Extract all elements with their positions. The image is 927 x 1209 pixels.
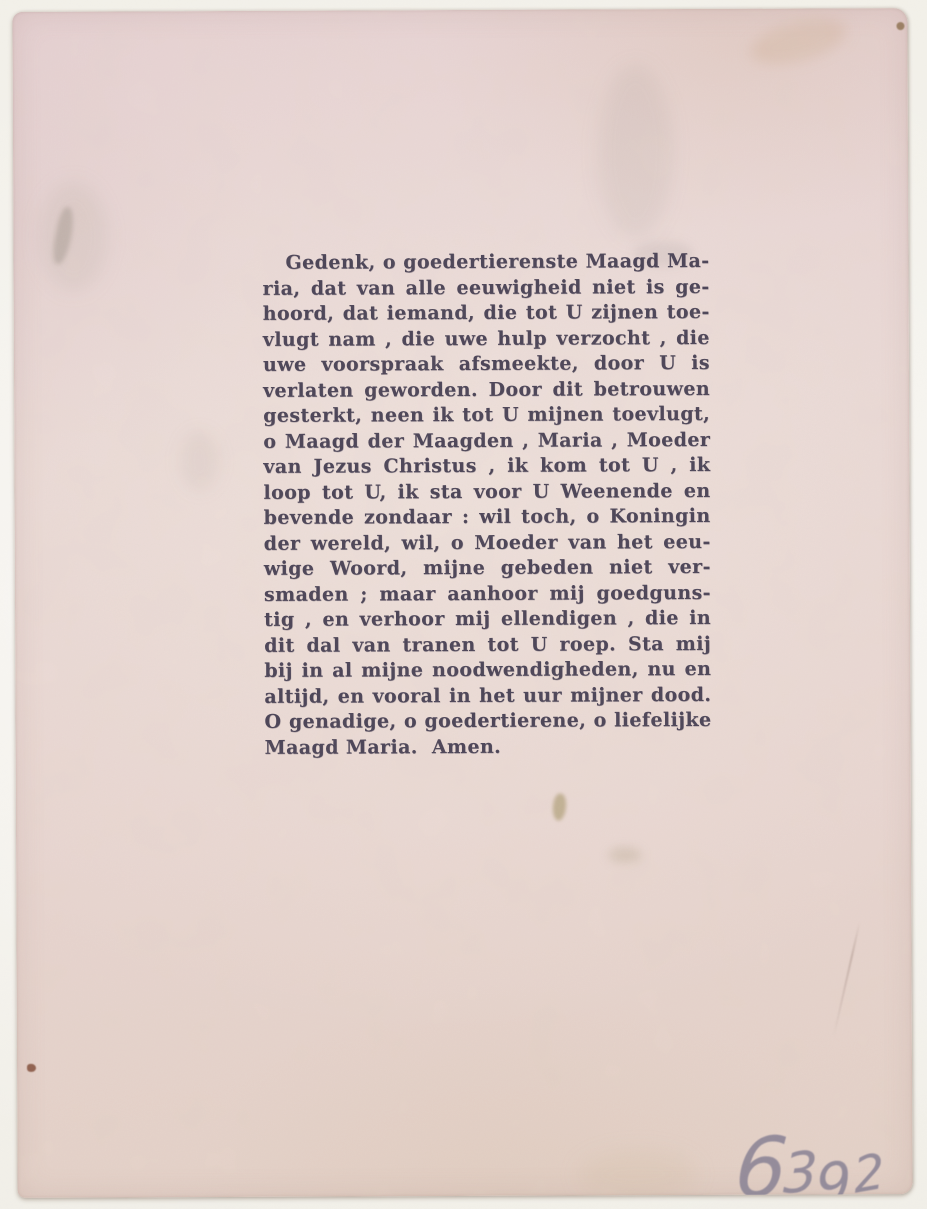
prayer-line: wige Woord, mijne gebeden niet ver- <box>264 555 711 582</box>
scratch-top-left <box>50 206 77 266</box>
stain-mid-left <box>179 431 219 491</box>
prayer-line: Gedenk, o goedertierenste Maagd Ma- <box>262 249 709 276</box>
stain-bottom-center <box>577 1149 697 1198</box>
crease-bottom-right <box>833 922 861 1038</box>
prayer-line: van Jezus Christus , ik kom tot U , ik <box>263 453 710 480</box>
prayer-line: der wereld, wil, o Moeder van het eeu- <box>264 529 711 556</box>
prayer-line: ria, dat van alle eeuwigheid niet is ge- <box>263 274 710 301</box>
stain-below-text-faint <box>608 847 642 863</box>
inventory-digit: 6 <box>733 1136 790 1198</box>
prayer-line: bevende zondaar : wil toch, o Koningin <box>264 504 711 531</box>
prayer-line: tig , en verhoor mij ellendigen , die in <box>264 606 711 633</box>
prayer-line: vlugt nam , die uwe hulp verzocht , die <box>263 325 710 352</box>
stain-dot-top-right <box>896 22 904 30</box>
prayer-line: altijd, en vooral in het uur mijner dood… <box>264 682 711 709</box>
prayer-line: uwe voorspraak afsmeekte, door U is <box>263 351 710 378</box>
prayer-line: verlaten geworden. Door dit betrouwen <box>263 376 710 403</box>
stain-top-left-halo <box>38 182 108 292</box>
prayer-line: smaden ; maar aanhoor mij goedguns- <box>264 580 711 607</box>
prayer-line: Maagd Maria. Amen. <box>265 733 712 760</box>
prayer-line: hoord, dat iemand, die tot U zijnen toe- <box>263 300 710 327</box>
prayer-line: gesterkt, neen ik tot U mijnen toevlugt, <box>263 402 710 429</box>
inventory-number-handwritten: 6 3 9 2 <box>735 1062 906 1198</box>
stain-top-right <box>745 11 851 72</box>
stain-below-text <box>551 793 568 822</box>
inventory-digit: 9 <box>815 1159 853 1198</box>
prayer-line: dit dal van tranen tot U roep. Sta mij <box>264 631 711 658</box>
scan-background: Gedenk, o goedertierenste Maagd Ma- ria,… <box>0 0 927 1209</box>
paper-card: Gedenk, o goedertierenste Maagd Ma- ria,… <box>12 8 912 1198</box>
inventory-digit: 2 <box>853 1152 887 1196</box>
stain-top-center <box>598 64 674 239</box>
speck-bottom-left <box>27 1064 36 1072</box>
prayer-text-block: Gedenk, o goedertierenste Maagd Ma- ria,… <box>262 249 711 761</box>
prayer-line: bij in al mijne noodwendigheden, nu en <box>264 657 711 684</box>
prayer-line: o Maagd der Maagden , Maria , Moeder <box>263 427 710 454</box>
prayer-line: O genadige, o goedertierene, o liefelijk… <box>264 708 711 735</box>
prayer-line: loop tot U, ik sta voor U Weenende en <box>263 478 710 505</box>
inventory-digit: 3 <box>783 1150 818 1196</box>
